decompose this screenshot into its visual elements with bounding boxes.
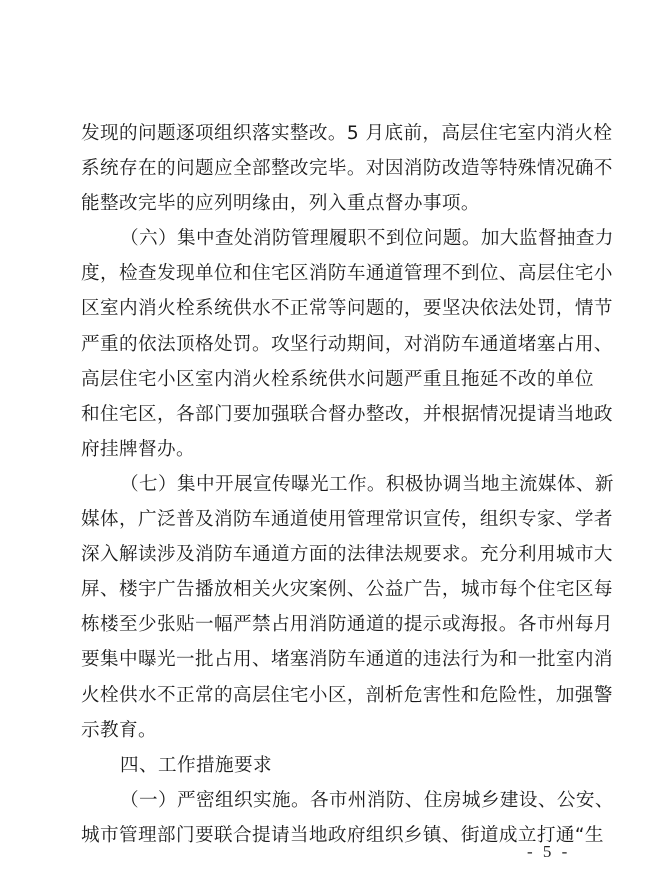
document-page: 发现的问题逐项组织落实整改。5 月底前，高层住宅室内消火栓 系统存在的问题应全部… [0, 0, 650, 880]
chapter-heading-4: 四、工作措施要求 [81, 748, 571, 783]
text-line: 系统存在的问题应全部整改完毕。对因消防改造等特殊情况确不 [81, 151, 571, 186]
text-line: 栋楼至少张贴一幅严禁占用消防通道的提示或海报。各市州每月 [81, 607, 571, 642]
body-text: 发现的问题逐项组织落实整改。5 月底前，高层住宅室内消火栓 系统存在的问题应全部… [81, 116, 571, 853]
text-line: 度，检查发现单位和住宅区消防车通道管理不到位、高层住宅小 [81, 256, 571, 291]
section-heading-1: （一）严密组织实施。各市州消防、住房城乡建设、公安、 [81, 783, 571, 818]
text-line: 区室内消火栓系统供水不正常等问题的，要坚决依法处罚，情节 [81, 291, 571, 326]
text-line: 发现的问题逐项组织落实整改。5 月底前，高层住宅室内消火栓 [81, 116, 571, 151]
text-line: 能整改完毕的应列明缘由，列入重点督办事项。 [81, 186, 571, 221]
text-line: 深入解读涉及消防车通道方面的法律法规要求。充分利用城市大 [81, 537, 571, 572]
text-line: 火栓供水不正常的高层住宅小区，剖析危害性和危险性，加强警 [81, 678, 571, 713]
text-line: 媒体，广泛普及消防车通道使用管理常识宣传，组织专家、学者 [81, 502, 571, 537]
section-heading-6: （六）集中查处消防管理履职不到位问题。加大监督抽查力 [81, 221, 571, 256]
text-line: 严重的依法顶格处罚。攻坚行动期间，对消防车通道堵塞占用、 [81, 327, 571, 362]
text-line: 要集中曝光一批占用、堵塞消防车通道的违法行为和一批室内消 [81, 642, 571, 677]
text-line: 屏、楼宇广告播放相关火灾案例、公益广告，城市每个住宅区每 [81, 572, 571, 607]
section-heading-7: （七）集中开展宣传曝光工作。积极协调当地主流媒体、新 [81, 467, 571, 502]
text-line: 和住宅区，各部门要加强联合督办整改，并根据情况提请当地政 [81, 397, 571, 432]
text-line: 高层住宅小区室内消火栓系统供水问题严重且拖延不改的单位 [81, 362, 571, 397]
text-line: 示教育。 [81, 713, 571, 748]
page-number: - 5 - [527, 842, 570, 862]
text-line: 城市管理部门要联合提请当地政府组织乡镇、街道成立打通“生 [81, 818, 571, 853]
text-line: 府挂牌督办。 [81, 432, 571, 467]
